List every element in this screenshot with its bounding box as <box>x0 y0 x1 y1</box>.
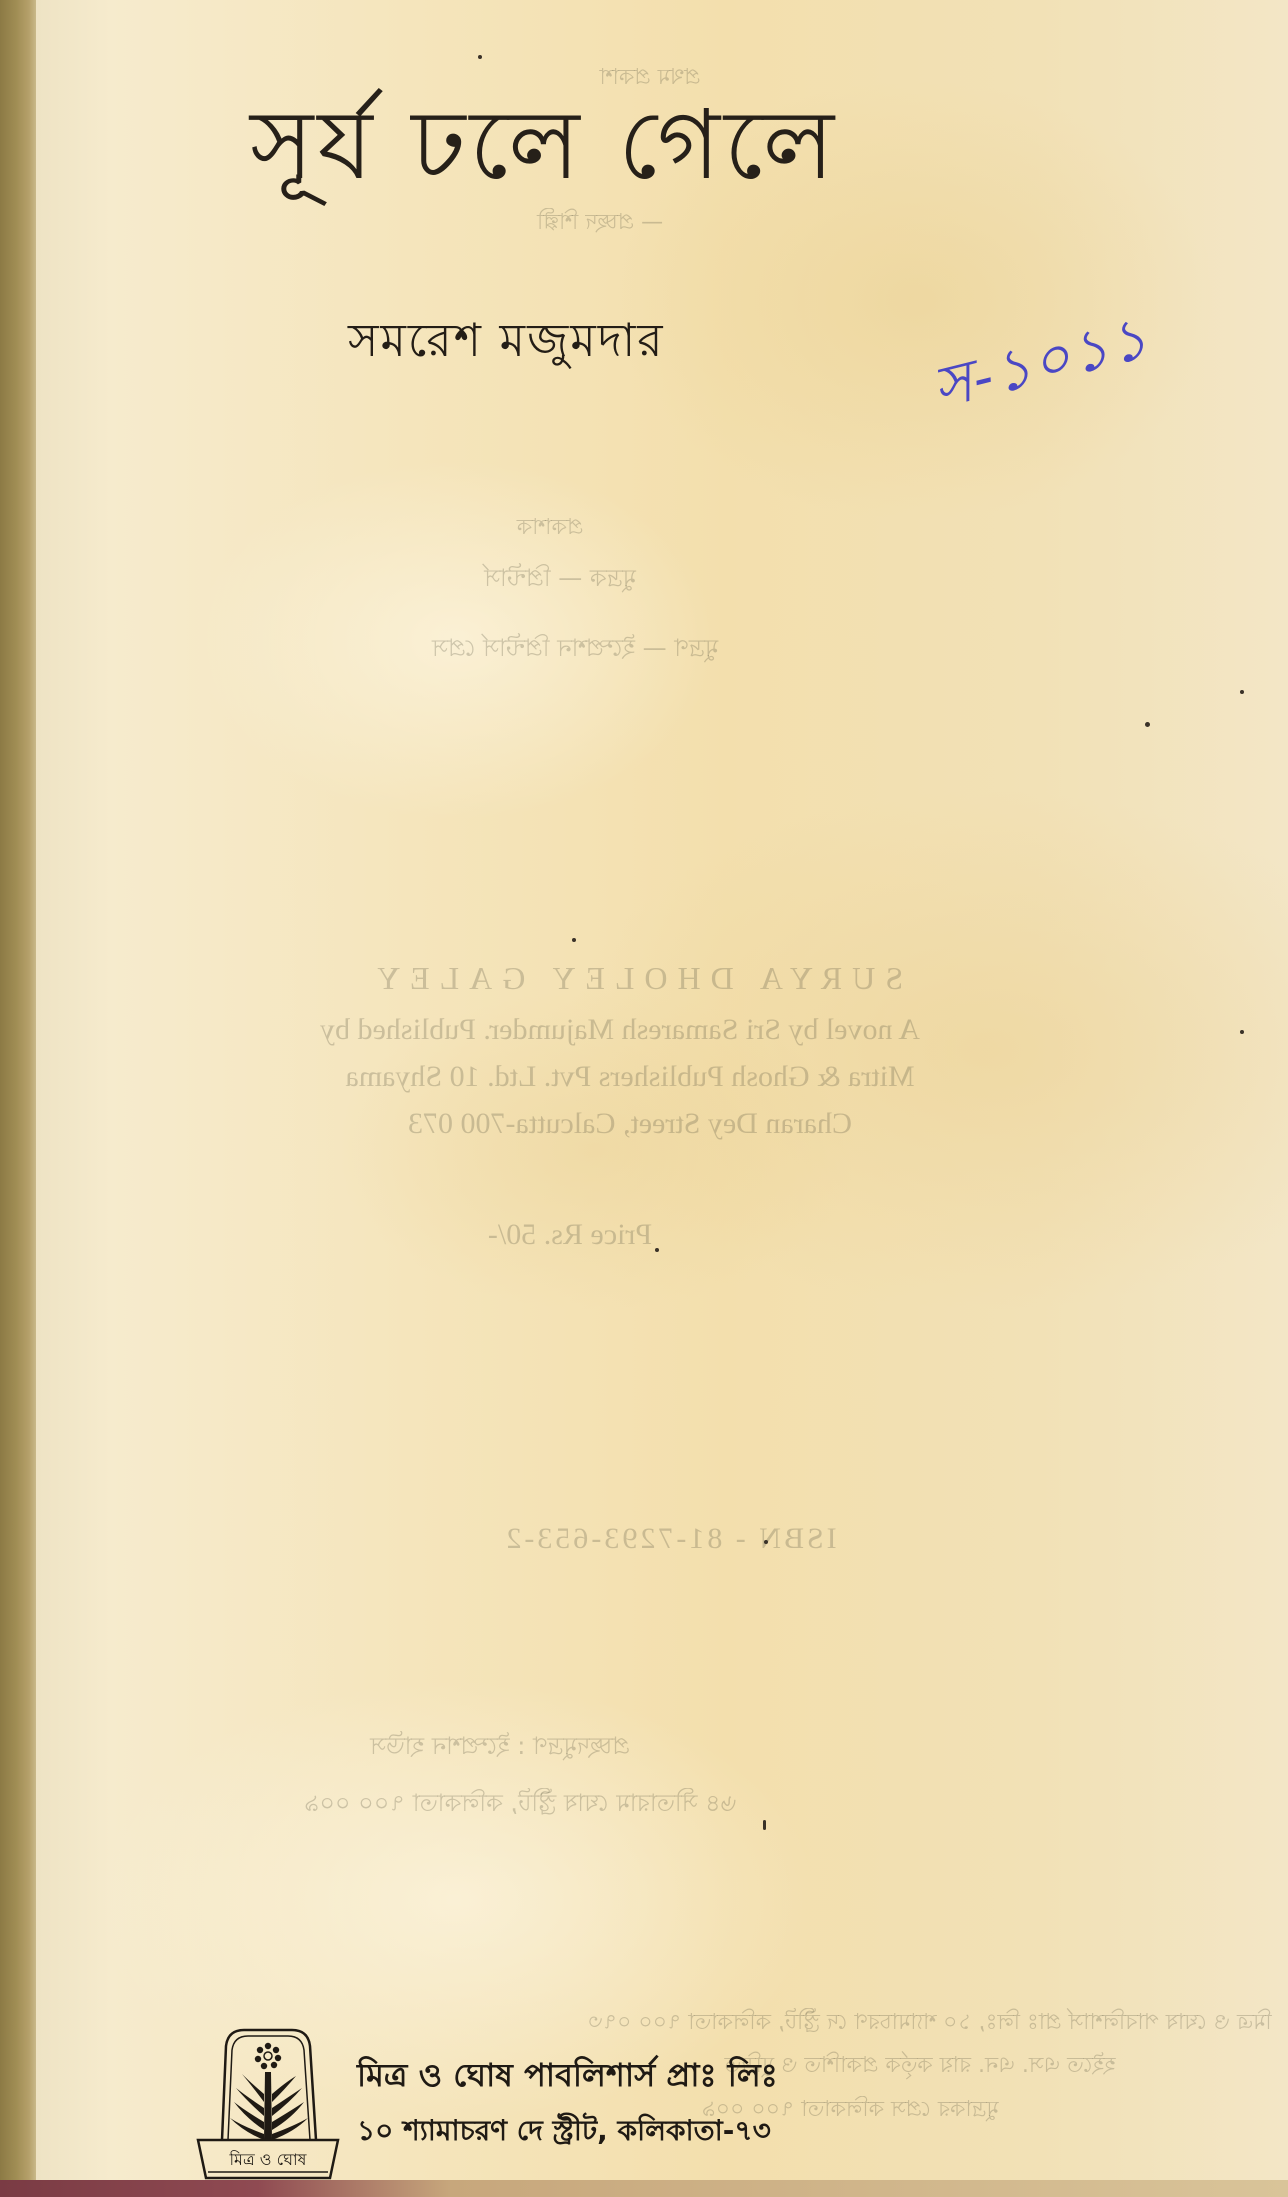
paper-speck <box>1240 1030 1244 1034</box>
show-through-line: — প্রচ্ছদ শিল্পী <box>450 205 750 242</box>
show-through-line: ৬৪ সীতারাম ঘোষ স্ট্রীট, কলিকাতা ৭০০ ০০৯ <box>200 1785 840 1825</box>
book-author: সমরেশ মজুমদার <box>348 310 665 370</box>
show-through-line: মুদ্রক — প্রিন্টার্স <box>345 560 775 600</box>
publisher-address: ১০ শ্যামাচরণ দে স্ট্রীট, কলিকাতা-৭৩ <box>357 2113 771 2149</box>
book-cover-edge <box>0 2180 1288 2197</box>
show-through-isbn: ISBN - 81-7293-653-2 <box>420 1522 920 1556</box>
paper-speck <box>764 1540 768 1544</box>
paper-speck <box>1240 690 1244 694</box>
book-title: সূর্য ঢলে গেলে <box>250 90 930 200</box>
paper-speck <box>478 55 482 59</box>
paper-speck <box>763 1820 766 1830</box>
show-through-line: প্রচ্ছদমুদ্রণ : ইম্প্রেশন হাউস <box>330 1728 670 1768</box>
show-through-line: মুদ্রণ — ইম্প্রেশন প্রিন্টার্স প্রেস <box>340 630 810 670</box>
publisher-logo: মিত্র ও ঘোষ <box>192 2022 344 2182</box>
show-through-line: Charan Dey Street, Calcutta-700 073 <box>270 1107 990 1141</box>
paper-speck <box>572 938 576 942</box>
show-through-line: মিত্র ও ঘোষ পাবলিশার্স প্রাঃ লিঃ, ১০ শ্য… <box>580 2005 1280 2042</box>
show-through-line: A novel by Sri Samaresh Majumder. Publis… <box>230 1013 1010 1047</box>
show-through-english-title: SURYA DHOLEY GALEY <box>250 960 1020 997</box>
show-through-line: Mitra & Ghosh Publishers Pvt. Ltd. 10 Sh… <box>250 1060 1010 1094</box>
show-through-line: প্রকাশক <box>480 510 620 547</box>
book-binding-edge <box>0 0 36 2197</box>
show-through-price: Price Rs. 50/- <box>400 1218 740 1252</box>
paper-speck <box>655 1248 659 1252</box>
logo-label: মিত্র ও ঘোষ <box>228 2150 307 2169</box>
publisher-name: মিত্র ও ঘোষ পাবলিশার্স প্রাঃ লিঃ <box>357 2055 778 2095</box>
paper-speck <box>1145 722 1150 727</box>
